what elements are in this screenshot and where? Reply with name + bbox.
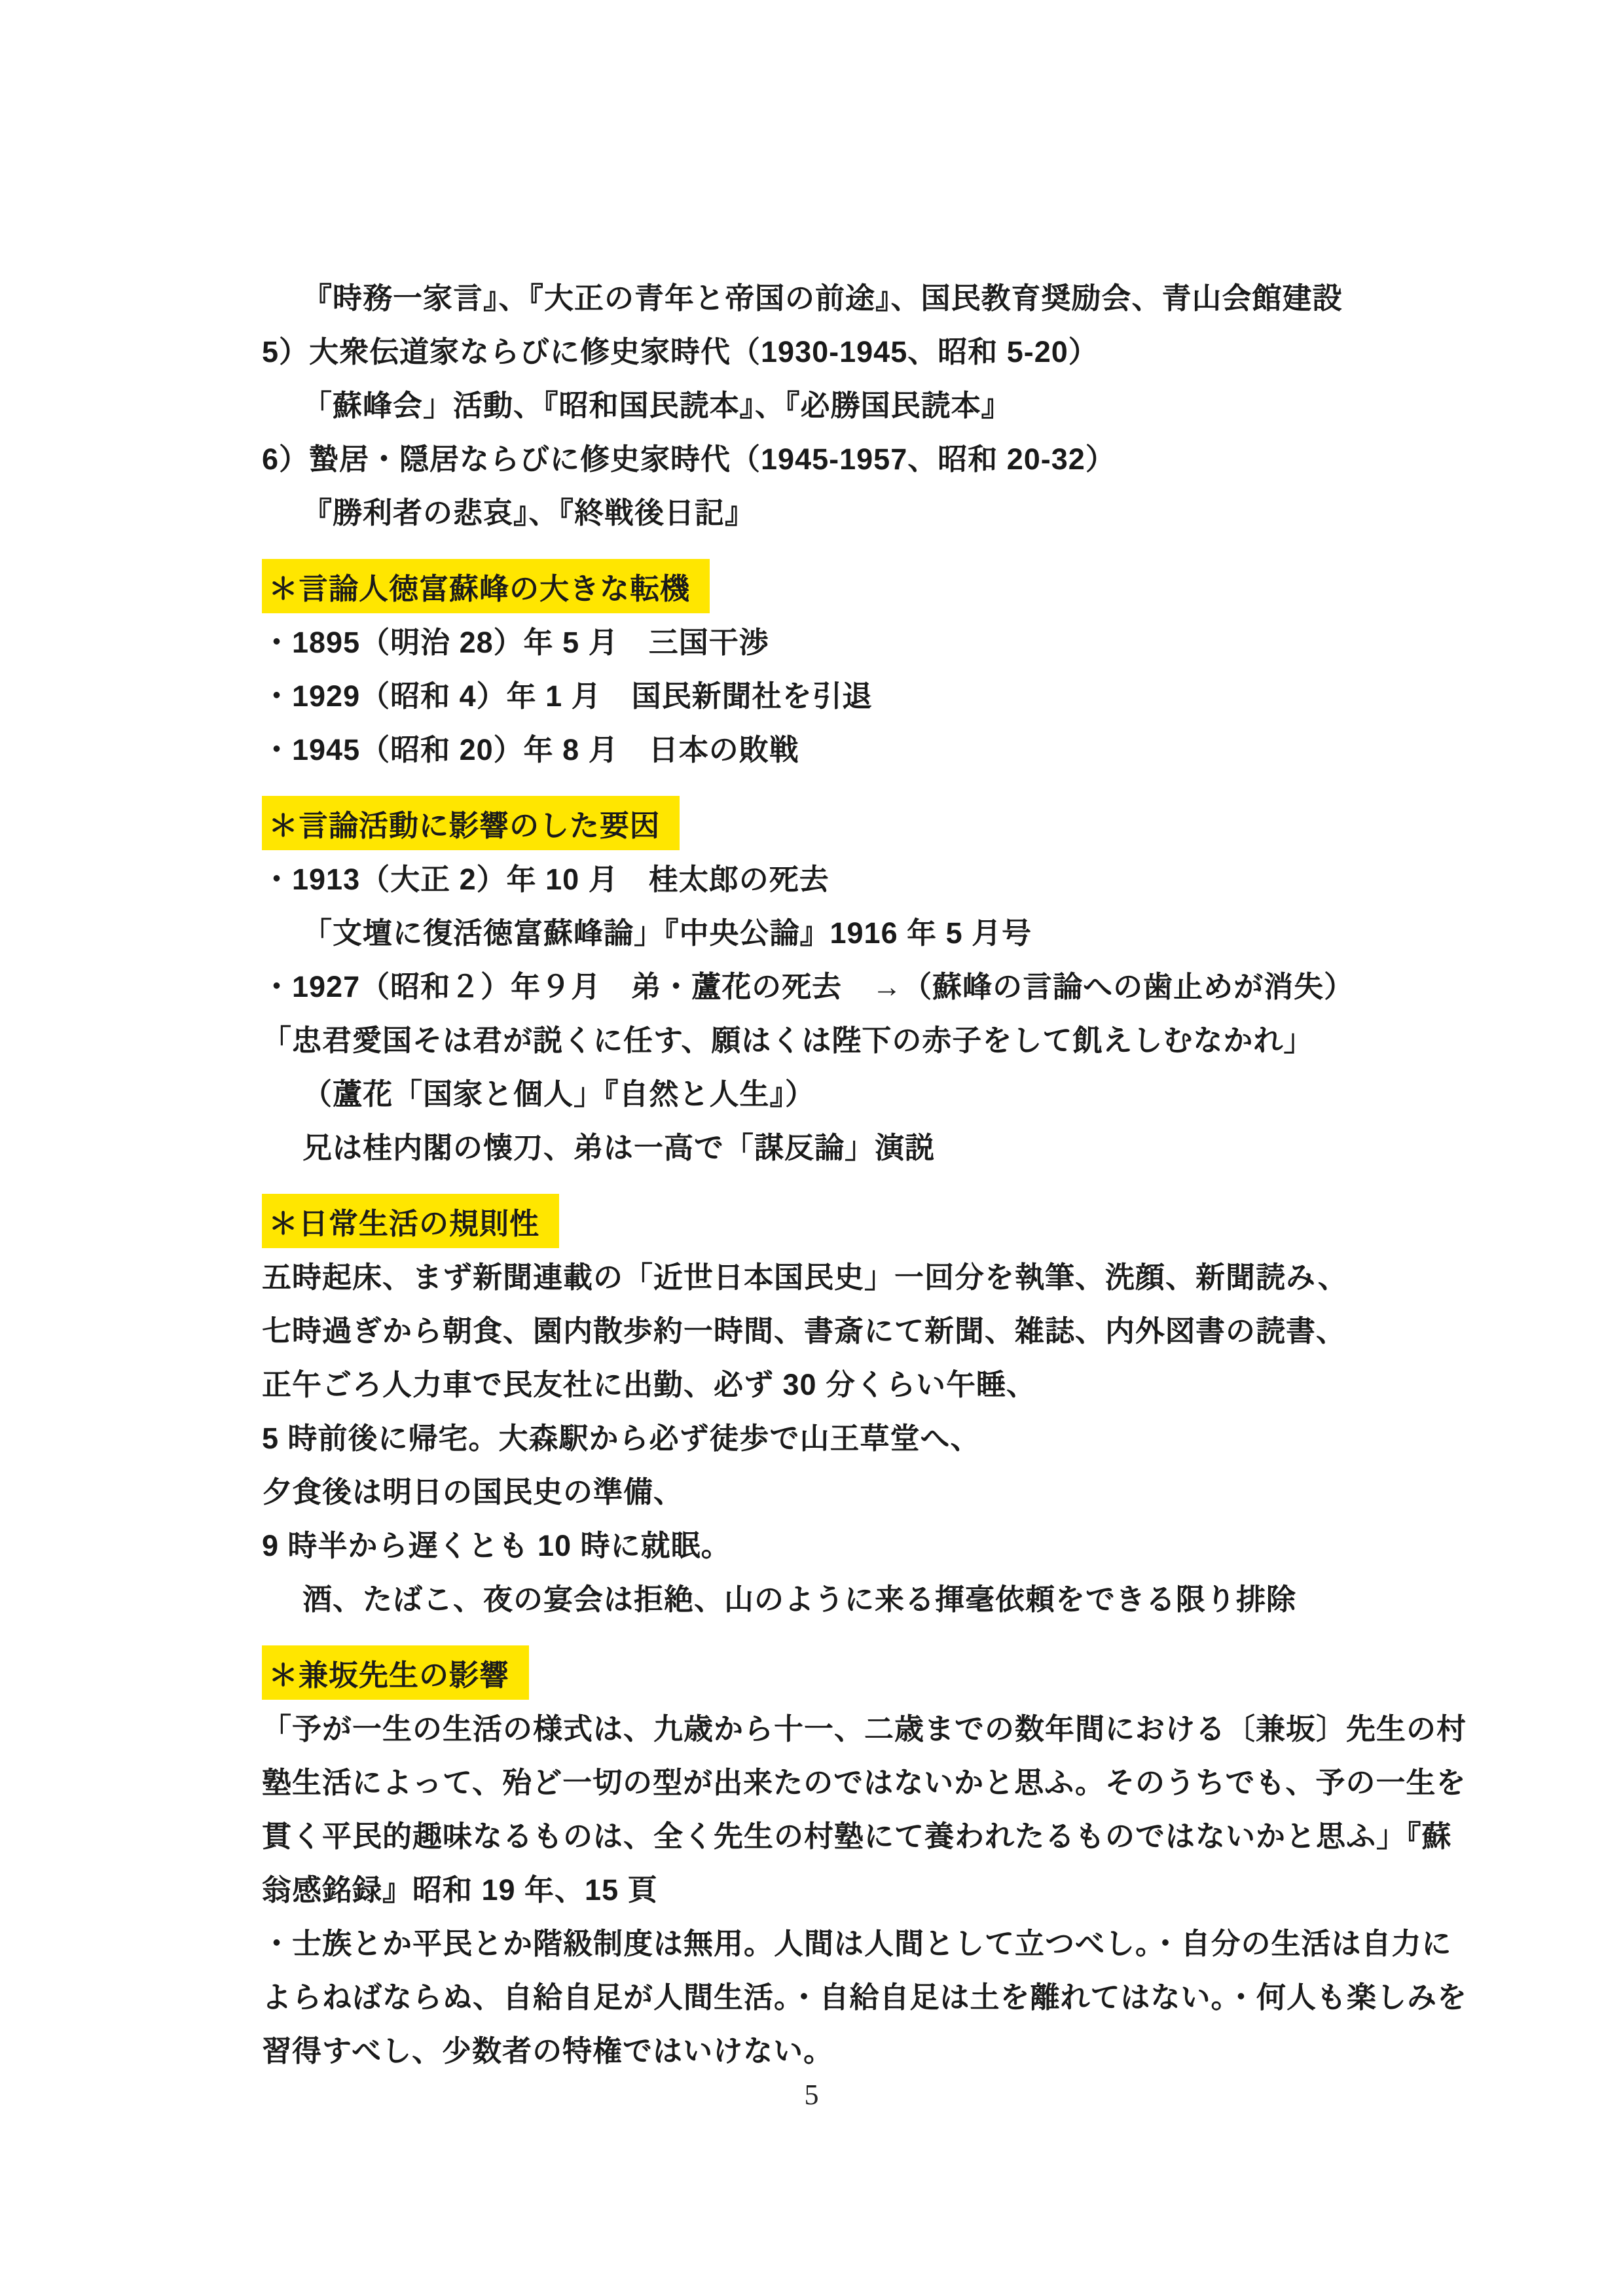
text-line: 6）蟄居・隠居ならびに修史家時代（1945-1957、昭和 20-32） bbox=[262, 429, 1427, 483]
section-heading: ＊言論活動に影響のした要因 bbox=[262, 796, 1427, 850]
document-page: 『時務一家言』、『大正の青年と帝国の前途』、国民教育奨励会、青山会館建設5）大衆… bbox=[0, 0, 1623, 2296]
text-line: 『時務一家言』、『大正の青年と帝国の前途』、国民教育奨励会、青山会館建設 bbox=[262, 268, 1427, 322]
text-line: 「蘇峰会」活動、『昭和国民読本』、『必勝国民読本』 bbox=[262, 376, 1427, 429]
text-line: ・1927（昭和２）年９月 弟・蘆花の死去 →（蘇峰の言論への歯止めが消失） bbox=[262, 957, 1427, 1011]
section-daily-routine: ＊日常生活の規則性五時起床、まず新聞連載の「近世日本国民史」一回分を執筆、洗顔、… bbox=[262, 1194, 1427, 1623]
text-line: 五時起床、まず新聞連載の「近世日本国民史」一回分を執筆、洗顔、新聞読み、 bbox=[262, 1247, 1427, 1301]
text-line: 兄は桂内閣の懐刀、弟は一高で「謀反論」演説 bbox=[262, 1118, 1427, 1172]
text-line: 5）大衆伝道家ならびに修史家時代（1930-1945、昭和 5-20） bbox=[262, 322, 1427, 376]
text-line: 『勝利者の悲哀』、『終戦後日記』 bbox=[262, 483, 1427, 537]
page-number: 5 bbox=[0, 2078, 1623, 2111]
text-line: 夕食後は明日の国民史の準備、 bbox=[262, 1462, 1427, 1516]
text-line: 酒、たばこ、夜の宴会は拒絶、山のように来る揮毫依頼をできる限り排除 bbox=[262, 1570, 1427, 1623]
text-line: 習得すべし、少数者の特権ではいけない。 bbox=[262, 2021, 1427, 2075]
section-turning-points: ＊言論人徳富蘇峰の大きな転機・1895（明治 28）年 5 月 三国干渉・192… bbox=[262, 559, 1427, 774]
text-line: 貫く平民的趣味なるものは、全く先生の村塾にて養われたるものではないかと思ふ」『蘇 bbox=[262, 1806, 1427, 1860]
highlight-marker: ＊兼坂先生の影響 bbox=[262, 1645, 529, 1700]
document-body: 『時務一家言』、『大正の青年と帝国の前途』、国民教育奨励会、青山会館建設5）大衆… bbox=[262, 268, 1427, 2075]
section-kanesaka-sensei-influence: ＊兼坂先生の影響「予が一生の生活の様式は、九歳から十一、二歳までの数年間における… bbox=[262, 1645, 1427, 2075]
text-line: ・1895（明治 28）年 5 月 三国干渉 bbox=[262, 613, 1427, 666]
highlight-marker: ＊言論人徳富蘇峰の大きな転機 bbox=[262, 559, 710, 613]
highlight-marker: ＊言論活動に影響のした要因 bbox=[262, 796, 680, 850]
section-biography-periods: 『時務一家言』、『大正の青年と帝国の前途』、国民教育奨励会、青山会館建設5）大衆… bbox=[262, 268, 1427, 537]
text-line: 「文壇に復活徳富蘇峰論」『中央公論』1916 年 5 月号 bbox=[262, 903, 1427, 957]
text-line: 七時過ぎから朝食、園内散歩約一時間、書斎にて新聞、雑誌、内外図書の読書、 bbox=[262, 1301, 1427, 1355]
text-line: 「忠君愛国そは君が説くに任す、願はくは陛下の赤子をして飢えしむなかれ」 bbox=[262, 1011, 1427, 1064]
text-line: （蘆花「国家と個人」『自然と人生』） bbox=[262, 1064, 1427, 1118]
text-line: 9 時半から遅くとも 10 時に就眠。 bbox=[262, 1516, 1427, 1570]
text-line: 5 時前後に帰宅。大森駅から必ず徒歩で山王草堂へ、 bbox=[262, 1408, 1427, 1462]
text-line: 「予が一生の生活の様式は、九歳から十一、二歳までの数年間における〔兼坂〕先生の村 bbox=[262, 1699, 1427, 1753]
text-line: よらねばならぬ、自給自足が人間生活。・自給自足は土を離れてはない。・何人も楽しみ… bbox=[262, 1967, 1427, 2021]
text-line: ・1945（昭和 20）年 8 月 日本の敗戦 bbox=[262, 720, 1427, 774]
section-heading: ＊日常生活の規則性 bbox=[262, 1194, 1427, 1247]
section-heading: ＊言論人徳富蘇峰の大きな転機 bbox=[262, 559, 1427, 613]
section-influences-on-speech-activity: ＊言論活動に影響のした要因・1913（大正 2）年 10 月 桂太郎の死去「文壇… bbox=[262, 796, 1427, 1172]
text-line: ・士族とか平民とか階級制度は無用。人間は人間として立つべし。・自分の生活は自力に bbox=[262, 1914, 1427, 1967]
text-line: ・1913（大正 2）年 10 月 桂太郎の死去 bbox=[262, 850, 1427, 903]
text-line: 翁感銘録』昭和 19 年、15 頁 bbox=[262, 1860, 1427, 1914]
text-line: ・1929（昭和 4）年 1 月 国民新聞社を引退 bbox=[262, 666, 1427, 720]
highlight-marker: ＊日常生活の規則性 bbox=[262, 1194, 559, 1248]
text-line: 正午ごろ人力車で民友社に出勤、必ず 30 分くらい午睡、 bbox=[262, 1355, 1427, 1408]
text-line: 塾生活によって、殆ど一切の型が出来たのではないかと思ふ。そのうちでも、予の一生を bbox=[262, 1753, 1427, 1806]
section-heading: ＊兼坂先生の影響 bbox=[262, 1645, 1427, 1699]
